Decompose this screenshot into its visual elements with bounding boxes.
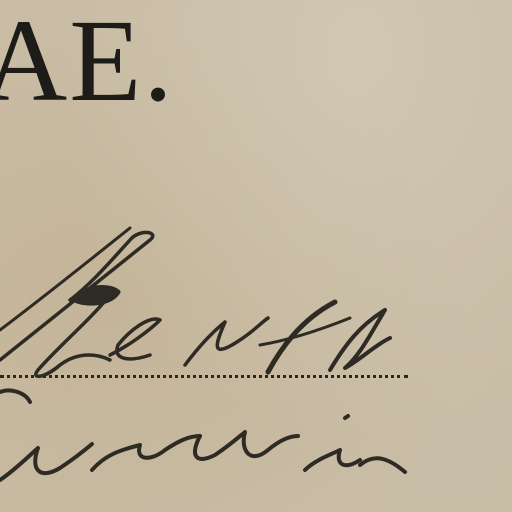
document-paper: AE. Benth [0, 0, 512, 512]
handwriting-signature [0, 0, 512, 512]
